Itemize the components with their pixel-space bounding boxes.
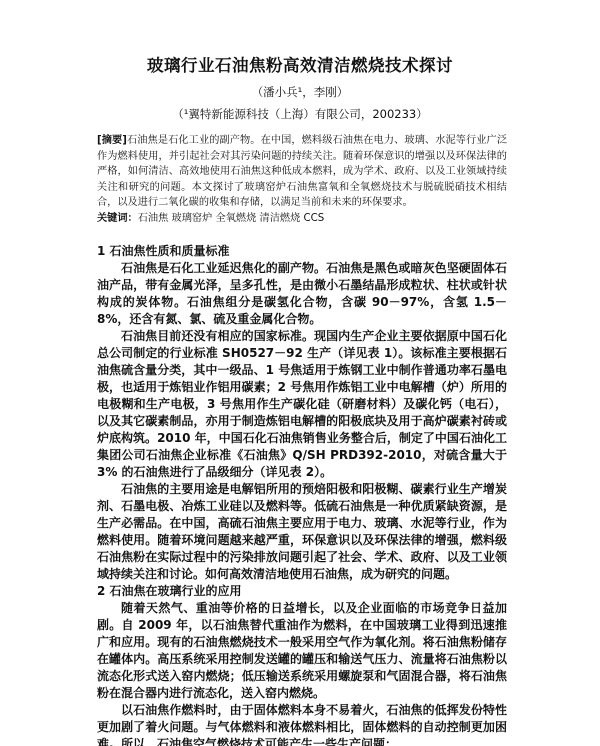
keywords-label: 关键词：	[97, 213, 138, 224]
abstract-text: 石油焦是石化工业的副产物。在中国，燃料级石油焦在电力、玻璃、水泥等行业广泛作为燃…	[97, 135, 507, 208]
paragraph: 以石油焦作燃料时，由于固体燃料本身不易着火，石油焦的低挥发份特性更加剧了着火问题…	[97, 702, 507, 746]
abstract-label: [摘要]	[97, 135, 127, 146]
paragraph: 石油焦的主要用途是电解铝所用的预焙阳极和阳极糊、碳素行业生产增炭剂、石墨电极、冶…	[97, 481, 507, 583]
keywords-text: 石油焦 玻璃窑炉 全氧燃烧 清洁燃烧 CCS	[138, 213, 324, 224]
keywords: 关键词：石油焦 玻璃窑炉 全氧燃烧 清洁燃烧 CCS	[97, 211, 507, 226]
paper-affiliation: （¹翼特新能源科技（上海）有限公司，200233）	[0, 106, 600, 122]
section-heading-2: 2 石油焦在玻璃行业的应用	[97, 583, 507, 600]
body-text: 1 石油焦性质和质量标准 石油焦是石化工业延迟焦化的副产物。石油焦是黑色或暗灰色…	[97, 243, 507, 746]
paragraph: 石油焦是石化工业延迟焦化的副产物。石油焦是黑色或暗灰色坚硬固体石油产品，带有金属…	[97, 260, 507, 328]
abstract: [摘要]石油焦是石化工业的副产物。在中国，燃料级石油焦在电力、玻璃、水泥等行业广…	[97, 133, 507, 211]
paper-title: 玻璃行业石油焦粉高效清洁燃烧技术探讨	[0, 52, 600, 76]
paragraph: 石油焦目前还没有相应的国家标准。现国内生产企业主要依据原中国石化总公司制定的行业…	[97, 328, 507, 481]
section-heading-1: 1 石油焦性质和质量标准	[97, 243, 507, 260]
paragraph: 随着天然气、重油等价格的日益增长，以及企业面临的市场竞争日益加剧。自 2009 …	[97, 600, 507, 702]
paper-authors: （潘小兵¹，李刚）	[0, 84, 600, 100]
document-page: 玻璃行业石油焦粉高效清洁燃烧技术探讨 （潘小兵¹，李刚） （¹翼特新能源科技（上…	[0, 0, 600, 746]
